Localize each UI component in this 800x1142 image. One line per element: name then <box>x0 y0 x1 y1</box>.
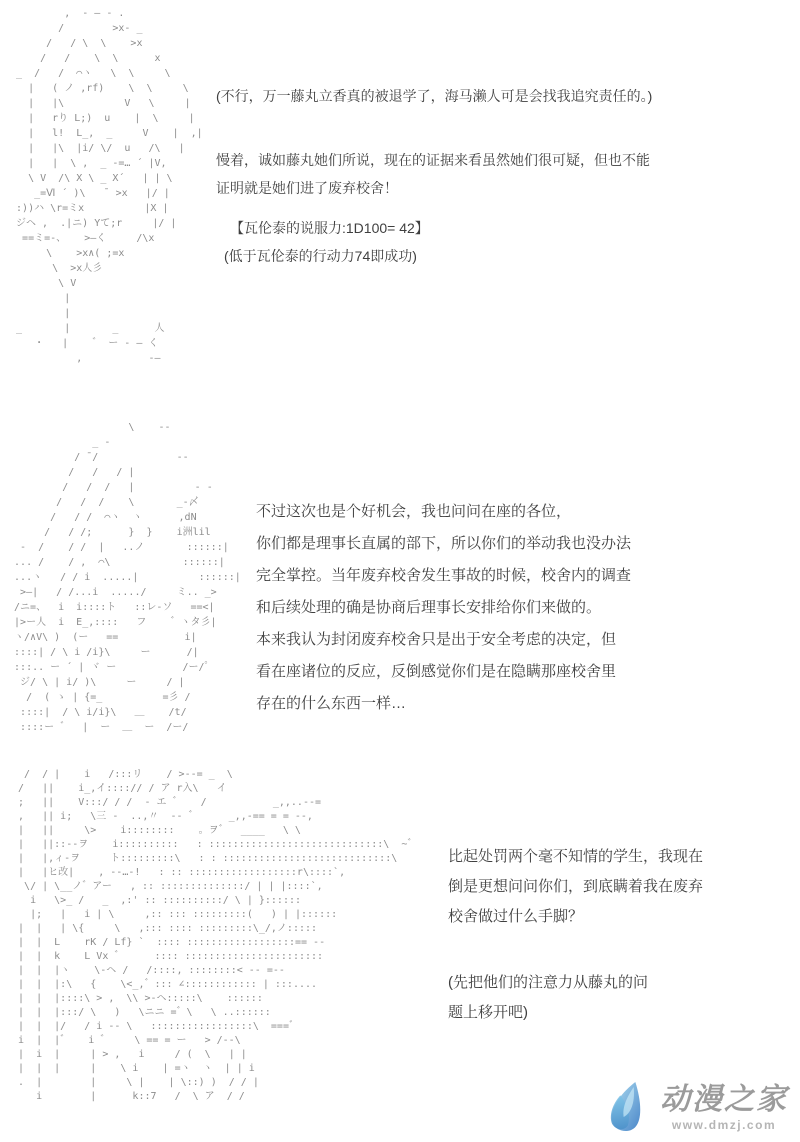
dialogue-line: 存在的什么东西一样… <box>256 688 658 720</box>
logo-site-name: 动漫之家 <box>660 1083 788 1117</box>
dialogue-line: 看在座诸位的反应，反倒感觉你们是在隐瞒那座校舍里 <box>256 656 658 688</box>
logo-text: 动漫之家 www.dmzj.com <box>660 1083 788 1132</box>
dice-roll-line: 【瓦伦泰的说服力:1D100= 42】 <box>216 214 694 242</box>
inner-thought-line: (先把他们的注意力从藤丸的问 <box>448 968 720 998</box>
dice-note-line: (低于瓦伦泰的行动力74即成功) <box>216 242 694 270</box>
dialogue-block-1: (不行，万一藤丸立香真的被退学了，海马濑人可是会找我追究责任的。) 慢着，诚如藤… <box>216 82 694 270</box>
dialogue-line: 比起处罚两个毫不知情的学生，我现在 <box>448 842 720 872</box>
inner-thought-line: 题上移开吧) <box>448 998 720 1028</box>
dialogue-line: 不过这次也是个好机会，我也问问在座的各位， <box>256 496 658 528</box>
dialogue-block-2: 不过这次也是个好机会，我也问问在座的各位， 你们都是理事长直属的部下，所以你们的… <box>256 496 658 720</box>
logo-site-url: www.dmzj.com <box>672 1118 776 1132</box>
dialogue-line: 完全掌控。当年废弃校舍发生事故的时候，校舍内的调查 <box>256 560 658 592</box>
dialogue-line: 倒是更想问问你们，到底瞒着我在废弃 <box>448 872 720 902</box>
dialogue-line: 和后续处理的确是协商后理事长安排给你们来做的。 <box>256 592 658 624</box>
dialogue-line: 慢着，诚如藤丸她们所说，现在的证据来看虽然她们很可疑，但也不能 <box>216 146 694 174</box>
dmzj-watermark-logo: 动漫之家 www.dmzj.com <box>602 1078 788 1136</box>
dialogue-line: 本来我认为封闭废弃校舍只是出于安全考虑的决定，但 <box>256 624 658 656</box>
ascii-art-figure-1: , - ― - . / >x- _ / / \ \ >x / / \ \ x _… <box>4 6 203 366</box>
dialogue-block-3: 比起处罚两个毫不知情的学生，我现在 倒是更想问问你们，到底瞒着我在废弃 校舍做过… <box>448 842 720 1028</box>
dialogue-line: (不行，万一藤丸立香真的被退学了，海马濑人可是会找我追究责任的。) <box>216 82 694 110</box>
dialogue-line: 校舍做过什么手脚？ <box>448 902 720 932</box>
dialogue-line: 证明就是她们进了废弃校舍！ <box>216 174 694 202</box>
ascii-art-figure-2: \ -‐ _ - / ̄ / -‐ / / / | / / / | - ‐ / … <box>2 420 241 735</box>
dialogue-line: 你们都是理事长直属的部下，所以你们的举动我也没办法 <box>256 528 658 560</box>
ascii-art-figure-3: / / | i /:::リ / >--= _ \ / || i_,イ:::://… <box>6 768 417 1104</box>
flame-icon <box>602 1078 652 1136</box>
